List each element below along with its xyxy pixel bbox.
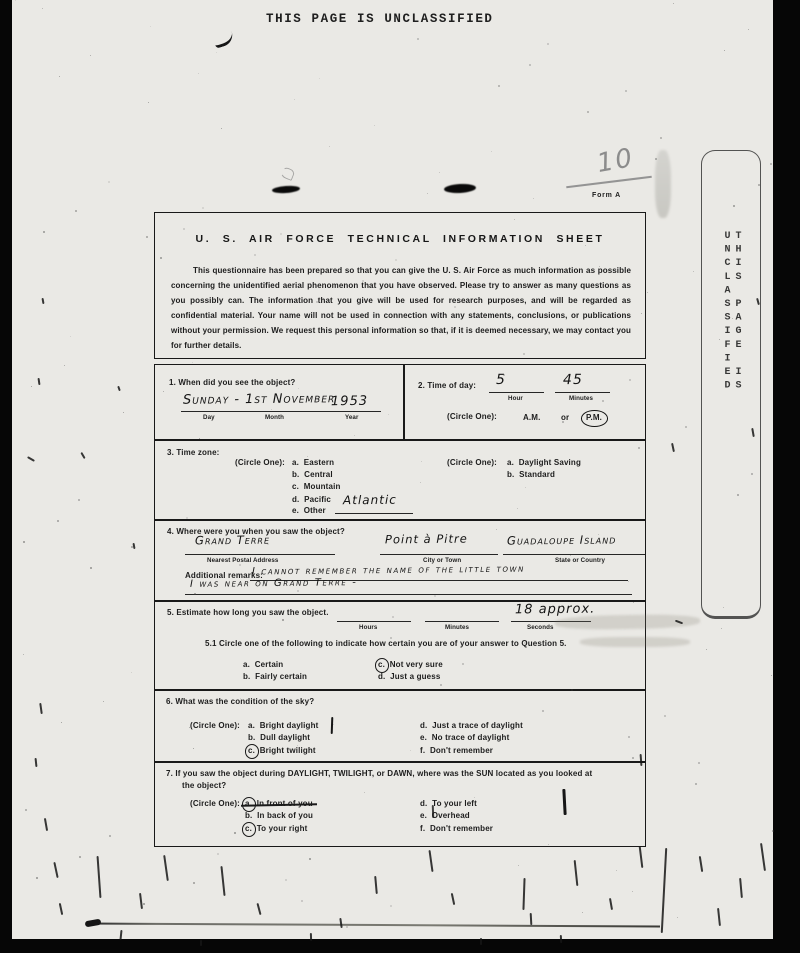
- scan-speckle: [163, 391, 164, 392]
- scan-speckle: [234, 832, 236, 834]
- q5-sub-label: 5.1 Circle one of the following to indic…: [205, 639, 567, 649]
- stray-pen-mark: [562, 789, 566, 815]
- q7-option-in-back: b. In back of you: [245, 811, 313, 821]
- scan-speckle: [638, 447, 640, 449]
- scan-speckle: [256, 774, 257, 775]
- scan-speckle: [186, 517, 188, 519]
- scan-speckle: [733, 205, 735, 207]
- scan-speckle: [748, 29, 749, 30]
- q6-option-bright-twilight: c. Bright twilight: [248, 746, 316, 756]
- scan-speckle: [312, 464, 313, 465]
- scan-speckle: [599, 266, 600, 267]
- divider: [155, 519, 645, 521]
- scan-speckle: [282, 619, 284, 621]
- scan-speckle: [208, 283, 210, 285]
- q5-hours-label: Hours: [359, 624, 377, 631]
- q5-seconds-label: Seconds: [527, 624, 554, 631]
- scan-noise-mark: [428, 850, 433, 872]
- scan-speckle: [123, 412, 124, 413]
- q7-label-line2: the object?: [182, 781, 226, 791]
- scan-speckle: [582, 912, 583, 913]
- scan-speckle: [655, 158, 657, 160]
- scan-noise-mark: [451, 893, 455, 905]
- scan-speckle: [737, 494, 739, 496]
- scan-speckle: [150, 26, 151, 27]
- scan-speckle: [616, 870, 617, 871]
- scan-noise-mark: [41, 298, 44, 304]
- scan-speckle: [628, 581, 629, 582]
- scan-speckle: [434, 595, 436, 597]
- scan-noise-mark: [97, 856, 102, 898]
- scan-edge-left: [0, 0, 12, 953]
- scan-speckle: [189, 727, 190, 728]
- scan-speckle: [585, 245, 586, 246]
- scan-streak: [655, 150, 671, 218]
- scan-speckle: [221, 128, 222, 129]
- scan-speckle: [439, 172, 440, 173]
- scan-speckle: [421, 461, 422, 462]
- scan-speckle: [25, 809, 27, 811]
- q1-day-label: Day: [203, 414, 215, 421]
- q6-option-dull-daylight: b. Dull daylight: [248, 733, 310, 743]
- scan-noise-mark: [200, 940, 202, 946]
- scan-noise-mark: [163, 855, 169, 881]
- q7-label-line1: 7. If you saw the object during DAYLIGHT…: [166, 769, 592, 779]
- scan-speckle: [772, 830, 774, 832]
- scan-speckle: [160, 257, 162, 259]
- divider-vertical: [403, 365, 405, 439]
- field-underline: [337, 621, 411, 622]
- scan-noise-mark: [39, 703, 43, 714]
- q3-option-pacific: d. Pacific: [292, 495, 331, 505]
- scan-speckle: [454, 306, 456, 308]
- q6-option-no-trace: e. No trace of daylight: [420, 733, 509, 743]
- scan-speckle: [664, 715, 666, 717]
- scan-speckle: [395, 259, 397, 261]
- q2-pm-option: P.M.: [586, 413, 602, 423]
- scan-noise-mark: [38, 378, 41, 385]
- scan-speckle: [267, 543, 269, 545]
- scan-noise-mark: [374, 876, 378, 894]
- q4-state-value: Guadaloupe Island: [507, 532, 616, 547]
- q7-option-to-your-left: d. To your left: [420, 799, 477, 809]
- form-title: U. S. AIR FORCE TECHNICAL INFORMATION SH…: [155, 233, 645, 245]
- scan-speckle: [364, 792, 365, 793]
- scan-speckle: [462, 663, 464, 665]
- q4-postal-label: Nearest Postal Address: [207, 557, 278, 564]
- scan-edge-right: [773, 0, 800, 953]
- scan-speckle: [183, 228, 185, 230]
- scan-speckle: [673, 3, 674, 4]
- q5-minutes-label: Minutes: [445, 624, 469, 631]
- q1-month-label: Month: [265, 414, 284, 421]
- scan-speckle: [503, 374, 505, 376]
- q3-circle-one-label: (Circle One):: [235, 458, 285, 468]
- pm-circle: P.M.: [586, 413, 602, 423]
- q2-label: 2. Time of day:: [418, 381, 476, 391]
- scan-speckle: [417, 38, 419, 40]
- q5-seconds-value: 18 approx.: [515, 602, 595, 618]
- scan-speckle: [143, 903, 145, 905]
- scan-speckle: [362, 280, 364, 282]
- side-unclassified-banner: THIS PAGE IS UNCLASSIFIED: [722, 231, 744, 561]
- scan-speckle: [216, 52, 217, 53]
- q5-label: 5. Estimate how long you saw the object.: [167, 608, 329, 618]
- scan-speckle: [57, 520, 59, 522]
- scan-speckle: [332, 569, 334, 571]
- scan-speckle: [316, 301, 318, 303]
- q7-option-dont-remember: f. Don't remember: [420, 824, 493, 834]
- scan-speckle: [518, 865, 519, 866]
- field-underline: [181, 411, 333, 412]
- scan-speckle: [523, 353, 525, 355]
- scan-speckle: [23, 654, 24, 655]
- scan-speckle: [59, 76, 60, 77]
- scan-speckle: [724, 50, 725, 51]
- scan-speckle: [131, 672, 132, 673]
- scan-speckle: [75, 210, 77, 212]
- scan-speckle: [297, 745, 298, 746]
- scan-speckle: [64, 365, 65, 366]
- scan-speckle: [719, 339, 720, 340]
- q3-option-daylight-saving: a. Daylight Saving: [507, 458, 581, 468]
- field-underline: [425, 621, 499, 622]
- scan-noise-mark: [639, 846, 644, 868]
- scan-speckle: [193, 748, 194, 749]
- scan-speckle: [732, 318, 733, 319]
- scan-speckle: [390, 637, 392, 639]
- scan-blob-right: [444, 183, 476, 194]
- scan-speckle: [529, 64, 531, 66]
- scan-speckle: [632, 757, 634, 759]
- scan-speckle: [42, 8, 43, 9]
- scan-speckle: [547, 43, 549, 45]
- scan-speckle: [464, 818, 465, 819]
- scan-speckle: [695, 783, 697, 785]
- field-underline: [325, 411, 381, 412]
- q7-circle-one-label: (Circle One):: [190, 799, 240, 809]
- page-number-underline: [566, 176, 652, 188]
- scan-speckle: [401, 327, 403, 329]
- q7-option-in-front: a. In front of you: [245, 799, 313, 809]
- q2-minute-label: Minutes: [569, 395, 593, 402]
- scan-noise-mark: [44, 818, 48, 831]
- scan-speckle: [758, 184, 760, 186]
- q3-option-eastern: a. Eastern: [292, 458, 334, 468]
- scan-speckle: [301, 900, 303, 902]
- q2-am-option: A.M.: [523, 413, 541, 423]
- scan-speckle: [693, 271, 694, 272]
- field-underline: [503, 554, 645, 555]
- scan-speckle: [78, 499, 80, 501]
- scan-speckle: [103, 701, 104, 702]
- scan-speckle: [685, 426, 687, 428]
- scan-noise-mark: [717, 908, 721, 926]
- q2-hour-label: Hour: [508, 395, 523, 402]
- scan-noise-mark: [760, 843, 766, 871]
- scan-speckle: [721, 628, 722, 629]
- scan-noise-mark: [574, 860, 579, 886]
- q4-state-label: State or Country: [555, 557, 605, 564]
- form-a-label: Form A: [592, 192, 621, 200]
- q3-label: 3. Time zone:: [167, 448, 219, 458]
- scan-noise-mark: [59, 903, 63, 915]
- scan-noise-mark: [609, 898, 613, 910]
- scan-speckle: [217, 853, 219, 855]
- stray-pen-mark: [331, 717, 334, 734]
- scan-speckle: [440, 684, 442, 686]
- q6-option-bright-daylight: a. Bright daylight: [248, 721, 318, 731]
- scan-speckle: [677, 917, 678, 918]
- scan-speckle: [297, 590, 299, 592]
- scan-speckle: [570, 555, 571, 556]
- q7-option-to-your-right: c. To your right: [245, 824, 307, 834]
- q6-option-dont-remember: f. Don't remember: [420, 746, 493, 756]
- pencil-smudge: [580, 637, 690, 647]
- scan-speckle: [198, 73, 199, 74]
- scan-noise-mark: [522, 878, 525, 910]
- divider: [155, 439, 645, 441]
- scan-speckle: [562, 421, 564, 423]
- scan-speckle: [15, 0, 16, 1]
- scan-speckle: [496, 529, 497, 530]
- scan-speckle: [533, 198, 534, 199]
- scan-line-smudge: [88, 923, 660, 928]
- scan-speckle: [131, 546, 133, 548]
- q1-year-label: Year: [345, 414, 358, 421]
- field-underline: [489, 392, 544, 393]
- scan-speckle: [146, 236, 148, 238]
- q2-minute-value: 45: [563, 372, 583, 388]
- scan-speckle: [202, 207, 204, 209]
- scan-speckle: [481, 17, 483, 19]
- scan-noise-mark: [480, 938, 482, 945]
- scan-speckle: [192, 362, 193, 363]
- scanned-document-page: THIS PAGE IS UNCLASSIFIED 10 Form A THIS…: [0, 0, 800, 953]
- scan-speckle: [367, 771, 368, 772]
- q5-option-just-a-guess: d. Just a guess: [378, 672, 440, 682]
- scan-speckle: [629, 379, 631, 381]
- scan-speckle: [602, 400, 604, 402]
- scan-speckle: [641, 313, 642, 314]
- q4-city-value: Point à Pitre: [385, 532, 468, 547]
- scan-noise-mark: [530, 913, 533, 925]
- scan-speckle: [280, 233, 282, 235]
- scan-speckle: [79, 856, 81, 858]
- scan-speckle: [319, 78, 320, 79]
- q3-option-central: b. Central: [292, 470, 333, 480]
- scan-noise-mark: [256, 903, 261, 915]
- scan-noise-mark: [220, 866, 225, 896]
- scan-speckle: [392, 616, 394, 618]
- scan-speckle: [285, 879, 287, 881]
- scan-speckle: [525, 487, 526, 488]
- scan-speckle: [517, 508, 518, 509]
- q3-circle-one-label-2: (Circle One):: [447, 458, 497, 468]
- q1-date-value: Sunday - 1st November: [183, 391, 335, 408]
- form-header-box: U. S. AIR FORCE TECHNICAL INFORMATION SH…: [154, 212, 646, 359]
- scan-speckle: [193, 882, 195, 884]
- form-intro-paragraph: This questionnaire has been prepared so …: [171, 263, 631, 353]
- field-underline: [185, 554, 335, 555]
- scan-noise-mark: [35, 758, 38, 767]
- scan-noise-mark: [560, 935, 562, 943]
- scan-speckle: [587, 111, 589, 113]
- scan-speckle: [298, 388, 299, 389]
- scan-noise-mark: [739, 878, 743, 898]
- q4-remarks-line1: I cannot remember the name of the little…: [252, 564, 525, 578]
- scan-speckle: [388, 414, 389, 415]
- form-questions-box: 1. When did you see the object? Sunday -…: [154, 364, 646, 847]
- scan-noise-mark: [139, 893, 143, 909]
- scan-speckle: [194, 593, 196, 595]
- scan-speckle: [254, 254, 256, 256]
- q6-option-trace-daylight: d. Just a trace of daylight: [420, 721, 523, 731]
- q1-year-value: 1953: [331, 394, 368, 409]
- scan-speckle: [498, 85, 500, 87]
- scan-speckle: [660, 137, 662, 139]
- page-number: 10: [595, 143, 637, 179]
- scan-noise-mark: [80, 452, 85, 459]
- scan-speckle: [148, 102, 149, 103]
- q7-option-overhead: e. Overhead: [420, 811, 470, 821]
- scan-speckle: [628, 736, 630, 738]
- scan-noise-mark: [661, 848, 667, 933]
- scan-speckle: [31, 386, 32, 387]
- q3-other-value: Atlantic: [343, 493, 397, 508]
- scan-speckle: [61, 722, 62, 723]
- scan-smudge-squiggle: [279, 166, 295, 181]
- scan-speckle: [427, 193, 428, 194]
- scan-speckle: [23, 541, 25, 543]
- scan-speckle: [90, 567, 92, 569]
- scan-speckle: [598, 534, 599, 535]
- scan-speckle: [90, 55, 91, 56]
- q3-option-mountain: c. Mountain: [292, 482, 340, 492]
- scan-noise-mark: [671, 443, 675, 452]
- field-underline: [335, 513, 413, 514]
- q5-option-not-very-sure: c. Not very sure: [378, 660, 443, 670]
- q1-label: 1. When did you see the object?: [169, 378, 295, 388]
- field-underline: [555, 392, 610, 393]
- scan-speckle: [329, 146, 330, 147]
- q6-circle-one-label: (Circle One):: [190, 721, 240, 731]
- scan-speckle: [647, 292, 648, 293]
- scan-speckle: [410, 750, 411, 751]
- scan-speckle: [271, 409, 272, 410]
- scan-speckle: [698, 762, 700, 764]
- scan-speckle: [633, 602, 634, 603]
- scan-speckle: [390, 905, 392, 907]
- scan-speckle: [199, 438, 200, 439]
- scan-speckle: [771, 675, 772, 676]
- scan-speckle: [632, 891, 633, 892]
- field-underline: [380, 554, 498, 555]
- scan-speckle: [625, 90, 627, 92]
- scan-speckle: [474, 797, 475, 798]
- scan-speckle: [514, 219, 515, 220]
- scan-speckle: [294, 99, 295, 100]
- scan-speckle: [524, 642, 526, 644]
- q5-option-fairly-certain: b. Fairly certain: [243, 672, 307, 682]
- scan-speckle: [491, 151, 492, 152]
- scan-speckle: [70, 336, 71, 337]
- scan-speckle: [723, 607, 724, 608]
- scan-noise-mark: [699, 856, 703, 872]
- scan-edge-bottom: [0, 939, 800, 953]
- scan-speckle: [770, 163, 772, 165]
- scan-speckle: [239, 564, 241, 566]
- field-underline: [185, 594, 632, 595]
- scan-speckle: [333, 724, 334, 725]
- scan-speckle: [307, 456, 308, 457]
- scan-speckle: [706, 649, 707, 650]
- scan-noise-mark: [117, 386, 121, 391]
- divider: [155, 761, 645, 763]
- scan-smudge-curl: [213, 31, 236, 49]
- q3-option-other: e. Other: [292, 506, 326, 516]
- scan-speckle: [43, 231, 45, 233]
- scan-speckle: [374, 125, 375, 126]
- scan-blob-bottom: [85, 919, 102, 928]
- q3-option-standard: b. Standard: [507, 470, 555, 480]
- scan-speckle: [108, 181, 110, 183]
- scan-speckle: [542, 710, 544, 712]
- scan-speckle: [354, 435, 355, 436]
- scan-noise-mark: [310, 933, 312, 941]
- scan-blob-left: [272, 185, 300, 194]
- scan-speckle: [571, 689, 573, 691]
- scan-speckle: [309, 858, 311, 860]
- scan-speckle: [109, 835, 111, 837]
- q2-circle-one-label: (Circle One):: [447, 412, 497, 422]
- scan-speckle: [36, 877, 38, 879]
- q5-option-certain: a. Certain: [243, 660, 283, 670]
- q4-remarks-line2: I was near on Grand Terre -: [190, 577, 358, 590]
- scan-noise-mark: [53, 862, 58, 878]
- scan-speckle: [240, 698, 241, 699]
- scan-speckle: [751, 473, 753, 475]
- q4-postal-value: Grand Terre: [195, 533, 270, 548]
- top-unclassified-banner: THIS PAGE IS UNCLASSIFIED: [266, 12, 494, 26]
- scan-speckle: [548, 844, 549, 845]
- scan-speckle: [346, 926, 348, 928]
- scan-noise-mark: [27, 456, 35, 462]
- scan-speckle: [420, 482, 421, 483]
